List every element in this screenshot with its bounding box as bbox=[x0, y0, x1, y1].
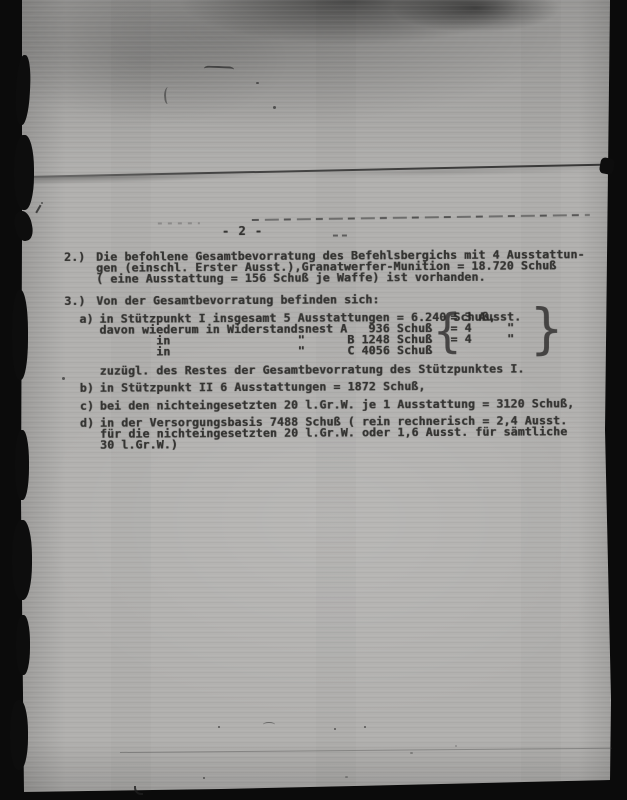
widerstandsnest-row-c: in " C 4056 Schuß bbox=[99, 343, 432, 359]
dashed-rule-sub bbox=[333, 234, 349, 236]
page-number: - 2 - bbox=[222, 224, 263, 238]
scanned-document: - 2 - 2.) Die befohlene Gesamtbevorratun… bbox=[0, 0, 627, 800]
brace-row: = 4 " bbox=[450, 332, 514, 346]
item-3b-marker: b) bbox=[80, 381, 94, 395]
dashed-rule-left bbox=[158, 222, 200, 224]
film-edge-blob bbox=[15, 430, 29, 500]
item-3-marker: 3.) bbox=[64, 294, 85, 308]
item-3b-text: in Stützpunkt II 6 Ausstattungen = 1872 … bbox=[100, 379, 426, 395]
item-2-line: ( eine Ausstattung = 156 Schuß je Waffe)… bbox=[96, 270, 485, 286]
item-3-intro: Von der Gesamtbevorratung befinden sich: bbox=[96, 292, 379, 307]
item-3a-marker: a) bbox=[79, 312, 93, 326]
film-edge-blob bbox=[12, 290, 28, 380]
film-edge-blob bbox=[14, 135, 34, 210]
curly-brace-right: } bbox=[530, 302, 563, 356]
dashed-rule bbox=[252, 214, 590, 221]
typewritten-text-block: - 2 - 2.) Die befohlene Gesamtbevorratun… bbox=[0, 0, 627, 800]
item-3c-marker: c) bbox=[80, 399, 94, 413]
film-edge-blob bbox=[10, 700, 28, 770]
item-2-marker: 2.) bbox=[64, 250, 85, 264]
item-3c-text: bei den nichteingesetzten 20 l.Gr.W. je … bbox=[100, 396, 574, 412]
item-3a-note: zuzügl. des Restes der Gesamtbevorratung… bbox=[100, 362, 525, 378]
item-3d-line: 30 l.Gr.W.) bbox=[100, 437, 178, 451]
film-edge-blob bbox=[12, 520, 32, 600]
item-3d-marker: d) bbox=[80, 416, 94, 430]
film-edge-blob bbox=[16, 615, 30, 675]
